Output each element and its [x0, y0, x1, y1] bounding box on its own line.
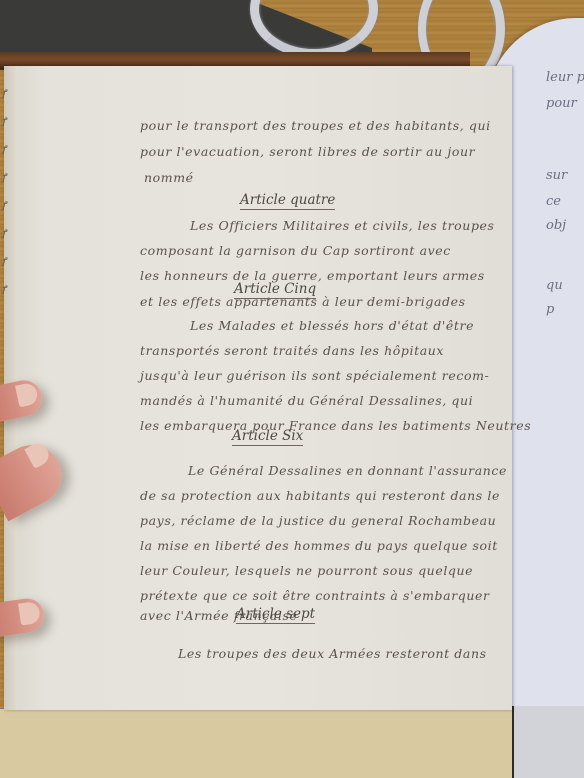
margin-mark: ꝭ [2, 248, 14, 276]
manuscript-line: Les troupes des deux Armées resteront da… [178, 646, 487, 661]
manuscript-line: mandés à l'humanité du Général Dessaline… [140, 393, 473, 408]
margin-mark: ꝭ [2, 276, 14, 304]
manuscript-line: transportés seront traités dans les hôpi… [140, 343, 444, 358]
margin-mark: ꝭ [2, 136, 14, 164]
manuscript-line: les embarquera pour France dans les bati… [140, 418, 531, 433]
margin-mark: ꝭ [2, 164, 14, 192]
article-heading-quatre: Article quatre [240, 192, 335, 210]
manuscript-line: nommé [144, 170, 194, 185]
margin-mark: ꝭ [2, 220, 14, 248]
facing-page-text: qu [546, 278, 563, 293]
margin-mark: ꝭ [2, 192, 14, 220]
fingernail [15, 382, 39, 408]
manuscript-line: Le Général Dessalines en donnant l'assur… [188, 463, 507, 478]
fingernail [18, 601, 41, 626]
margin-mark: ꝭ [2, 80, 14, 108]
facing-page-text: pour [546, 96, 577, 111]
manuscript-line: composant la garnison du Cap sortiront a… [140, 243, 451, 258]
article-heading-six: Article Six [232, 428, 303, 446]
lower-right-page-edge [512, 706, 584, 778]
facing-page-text: sur [546, 168, 567, 183]
article-heading-sept: Article sept [236, 606, 315, 624]
manuscript-line: Les Malades et blessés hors d'état d'êtr… [190, 318, 474, 333]
facing-page-text: p [546, 302, 554, 317]
article-heading-cinq: Article Cinq [234, 281, 316, 299]
facing-page-text: leur p [546, 70, 584, 85]
manuscript-line: jusqu'à leur guérison ils sont spécialem… [140, 368, 489, 383]
manuscript-line: Les Officiers Militaires et civils, les … [190, 218, 495, 233]
manuscript-line: prétexte que ce soit être contraints à s… [140, 588, 490, 603]
margin-mark: ꝭ [2, 108, 14, 136]
lower-page-edge [0, 708, 512, 778]
margin-annotations: ꝭ ꝭ ꝭ ꝭ ꝭ ꝭ ꝭ ꝭ [2, 80, 14, 640]
facing-page-text: obj [546, 218, 566, 233]
manuscript-line: pays, réclame de la justice du general R… [140, 513, 496, 528]
manuscript-line: pour le transport des troupes et des hab… [140, 118, 491, 133]
manuscript-line: de sa protection aux habitants qui reste… [140, 488, 500, 503]
manuscript-line: pour l'evacuation, seront libres de sort… [140, 144, 475, 159]
manuscript-line: leur Couleur, lesquels ne pourront sous … [140, 563, 473, 578]
manuscript-line: la mise en liberté des hommes du pays qu… [140, 538, 498, 553]
facing-page-text: ce [546, 194, 561, 209]
